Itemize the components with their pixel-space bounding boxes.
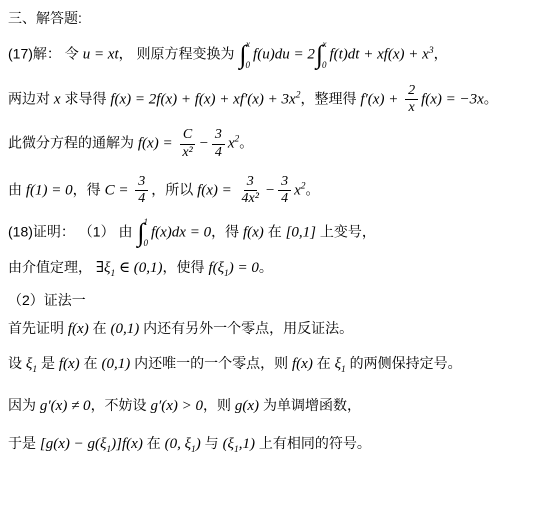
math-text: x: [54, 92, 61, 108]
fraction: 34x²: [239, 174, 262, 207]
fraction: Cx²: [179, 127, 195, 160]
math-text: ,1): [239, 436, 255, 452]
integral-upper-bound: x: [246, 40, 250, 49]
math-text: (0, ξ: [165, 436, 191, 452]
math-text: f(t)dt + xf(x) + x: [329, 47, 428, 63]
math-text: )]f(x): [111, 436, 143, 452]
cjk-text: 在: [80, 355, 102, 371]
integral: ∫x0: [239, 40, 252, 70]
math-text: f(x)dx = 0: [151, 225, 211, 241]
cjk-text: ， 则原方程变换为: [119, 46, 239, 62]
cjk-text: 。: [259, 259, 273, 275]
cjk-text: 两边对: [8, 91, 54, 107]
solutions-document: 三、解答题:(17)解： 令 u = xt， 则原方程变换为 ∫x0f(u)du…: [8, 8, 530, 457]
math-text: −: [265, 182, 275, 198]
math-text: f(x): [292, 356, 313, 372]
integral: ∫10: [137, 218, 150, 248]
math-text: g′(x) ≠ 0: [40, 398, 91, 414]
cjk-text: 在: [264, 224, 286, 240]
math-text: ) = 0: [229, 260, 259, 276]
math-text: (0,1): [101, 356, 130, 372]
text-line-2: (17)解： 令 u = xt， 则原方程变换为 ∫x0f(u)du = 2∫x…: [8, 40, 530, 70]
fraction-denominator: 4x²: [239, 191, 262, 207]
math-text: u = xt: [83, 47, 119, 63]
integral: ∫x0: [316, 40, 329, 70]
fraction-denominator: x²: [179, 145, 195, 161]
cjk-text: ，整理得: [300, 91, 360, 107]
math-text: [0,1]: [286, 225, 316, 241]
cjk-text: ，不妨设: [91, 397, 151, 413]
fraction-numerator: C: [180, 127, 195, 144]
math-text: (ξ: [223, 436, 234, 452]
math-text: C =: [105, 182, 133, 198]
math-text: x: [294, 182, 301, 198]
integral-upper-bound: 1: [143, 218, 148, 227]
math-text: ∈ (0,1): [115, 260, 162, 276]
cjk-text: 由: [8, 181, 26, 197]
cjk-text: （2）证法一: [8, 292, 86, 308]
text-line-8: （2）证法一: [8, 290, 530, 310]
text-line-12: 于是 [g(x) − g(ξ1)]f(x) 在 (0, ξ1) 与 (ξ1,1)…: [8, 433, 530, 458]
text-line-7: 由介值定理， ∃ξ1 ∈ (0,1)，使得 f(ξ1) = 0。: [8, 257, 530, 282]
cjk-text: 与: [201, 435, 223, 451]
cjk-text: ，得: [211, 224, 243, 240]
math-text: −: [199, 136, 209, 152]
integral-bounds: x0: [322, 40, 327, 70]
math-text: f(ξ: [208, 260, 224, 276]
cjk-text: 上有相同的符号。: [255, 435, 371, 451]
cjk-text: 的两侧保持定号。: [346, 355, 462, 371]
cjk-text: 。: [239, 135, 253, 151]
text-line-11: 因为 g′(x) ≠ 0，不妨设 g′(x) > 0，则 g(x) 为单调增函数…: [8, 395, 530, 418]
integral-bounds: x0: [246, 40, 251, 70]
cjk-text: 此微分方程的通解为: [8, 135, 138, 151]
cjk-text: 上变号，: [316, 224, 376, 240]
math-text: f(x): [243, 225, 264, 241]
math-text: [g(x) − g(ξ: [40, 436, 107, 452]
text-line-6: (18)证明： （1） 由 ∫10f(x)dx = 0，得 f(x) 在 [0,…: [8, 218, 530, 248]
integral-bounds: 10: [143, 218, 148, 248]
cjk-text: 。: [484, 91, 498, 107]
math-text: f(x) = 2f(x) + f(x) + xf′(x) + 3x: [110, 92, 295, 108]
cjk-text: 在: [89, 320, 111, 336]
cjk-text: 内还有另外一个零点，用反证法。: [139, 320, 353, 336]
fraction-numerator: 2: [405, 83, 418, 100]
integral-lower-bound: 0: [246, 61, 251, 70]
fraction-denominator: 4: [212, 145, 225, 161]
cjk-text: ，得: [73, 181, 105, 197]
cjk-text: 在: [313, 355, 335, 371]
cjk-text: 为单调增函数，: [259, 397, 361, 413]
math-text: f(x): [59, 356, 80, 372]
cjk-text: 求导得: [61, 91, 111, 107]
cjk-text: 内还唯一的一个零点，则: [130, 355, 292, 371]
text-line-9: 首先证明 f(x) 在 (0,1) 内还有另外一个零点，用反证法。: [8, 318, 530, 341]
fraction-denominator: 4: [135, 191, 148, 207]
math-text: f(x) =: [138, 136, 176, 152]
cjk-text: ，使得: [163, 259, 209, 275]
math-text: f(1) = 0: [26, 182, 73, 198]
cjk-text: 于是: [8, 435, 40, 451]
fraction-numerator: 3: [278, 174, 291, 191]
fraction-numerator: 3: [244, 174, 257, 191]
math-text: (0,1): [111, 321, 140, 337]
fraction-numerator: 3: [212, 127, 225, 144]
math-text: g(x): [235, 398, 259, 414]
math-text: f(x): [68, 321, 89, 337]
cjk-text: 三、解答题:: [8, 10, 82, 26]
math-text: f(x) =: [197, 182, 235, 198]
fraction-numerator: 3: [135, 174, 148, 191]
math-text: x: [228, 136, 235, 152]
cjk-text: (18)证明： （1） 由: [8, 224, 136, 240]
math-text: f(u)du = 2: [253, 47, 315, 63]
fraction-denominator: 4: [278, 191, 291, 207]
cjk-text: ，则: [203, 397, 235, 413]
cjk-text: 因为: [8, 397, 40, 413]
text-line-5: 由 f(1) = 0，得 C = 34，所以 f(x) = 34x²−34x2。: [8, 174, 530, 207]
text-line-1: 三、解答题:: [8, 8, 530, 28]
cjk-text: (17)解： 令: [8, 46, 83, 62]
math-text: f(x) = −3x: [421, 92, 484, 108]
integral-lower-bound: 0: [143, 239, 148, 248]
text-line-4: 此微分方程的通解为 f(x) = Cx²−34x2。: [8, 127, 530, 160]
cjk-text: 是: [37, 355, 59, 371]
text-line-10: 设 ξ1 是 f(x) 在 (0,1) 内还唯一的一个零点，则 f(x) 在 ξ…: [8, 353, 530, 378]
fraction: 34: [278, 174, 291, 207]
cjk-text: ，: [434, 46, 448, 62]
cjk-text: 设: [8, 355, 26, 371]
fraction-denominator: x: [405, 100, 417, 116]
fraction: 2x: [405, 83, 418, 116]
fraction: 34: [212, 127, 225, 160]
math-text: ∃ξ: [96, 260, 111, 276]
integral-lower-bound: 0: [322, 61, 327, 70]
cjk-text: 由介值定理，: [8, 259, 96, 275]
cjk-text: 。: [306, 181, 320, 197]
text-line-3: 两边对 x 求导得 f(x) = 2f(x) + f(x) + xf′(x) +…: [8, 83, 530, 116]
cjk-text: 首先证明: [8, 320, 68, 336]
cjk-text: 在: [143, 435, 165, 451]
math-text: g′(x) > 0: [150, 398, 203, 414]
fraction: 34: [135, 174, 148, 207]
math-text: f′(x) +: [360, 92, 402, 108]
integral-upper-bound: x: [322, 40, 326, 49]
cjk-text: ，所以: [151, 181, 197, 197]
